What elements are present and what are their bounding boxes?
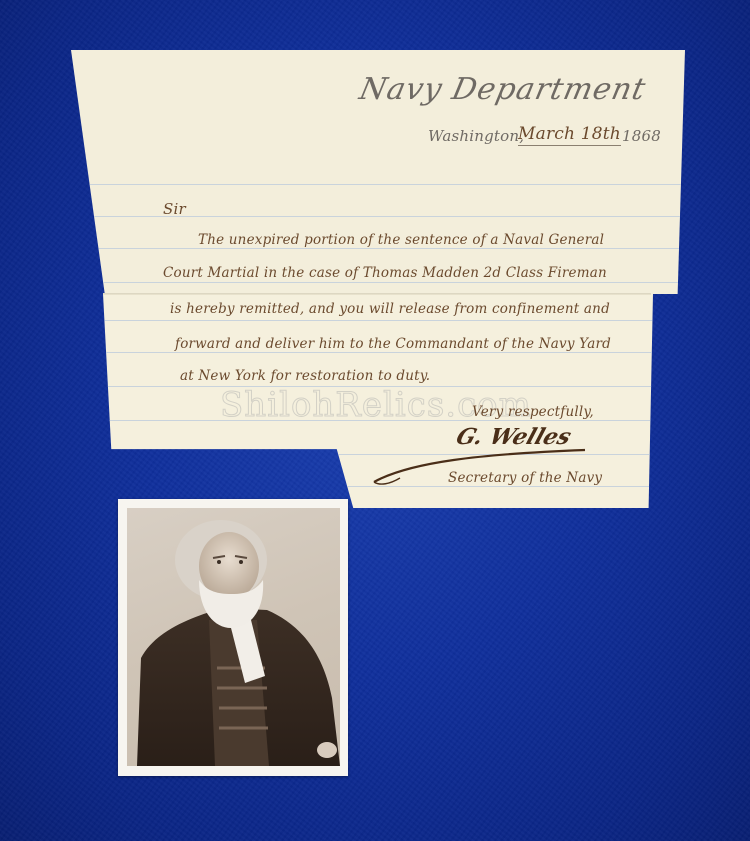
portrait-image: [127, 508, 340, 766]
portrait-figure: [127, 508, 340, 766]
letter-year: 1868: [622, 127, 661, 145]
ruled-line: [103, 352, 653, 353]
letterhead-place: Washington,: [428, 127, 524, 145]
body-line-4: forward and deliver him to the Commandan…: [175, 336, 611, 352]
signer-title: Secretary of the Navy: [448, 470, 602, 486]
portrait-photo: [118, 499, 348, 776]
closing: Very respectfully,: [472, 404, 594, 420]
body-line-1: The unexpired portion of the sentence of…: [198, 232, 604, 248]
ruled-line: [103, 320, 653, 321]
letterhead-title: Navy Department: [356, 72, 649, 107]
letter-date: March 18th: [518, 124, 621, 146]
letter-fold: [103, 293, 651, 295]
body-line-5: at New York for restoration to duty.: [180, 368, 430, 384]
body-line-3: is hereby remitted, and you will release…: [170, 301, 610, 317]
salutation: Sir: [163, 200, 186, 218]
body-line-2: Court Martial in the case of Thomas Madd…: [163, 265, 607, 281]
ruled-line: [71, 248, 685, 249]
ruled-line: [71, 184, 685, 185]
ruled-line: [71, 282, 685, 283]
